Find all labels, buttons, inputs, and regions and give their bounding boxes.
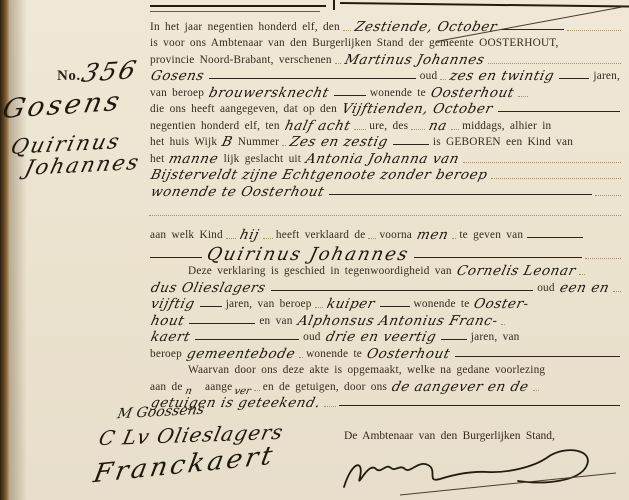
printed-text: heeft verklaard de <box>276 228 366 242</box>
handwritten-text: half acht <box>283 119 352 133</box>
dotted-leader <box>411 129 425 130</box>
form-line-closing-1: Waarvan door ons deze akte is opgemaakt,… <box>148 361 622 378</box>
printed-text: aange <box>205 380 232 394</box>
printed-text: wonende te <box>414 297 470 311</box>
book-binding-edge <box>0 0 9 500</box>
ink-fill-line <box>150 257 202 258</box>
ink-fill-line <box>527 237 583 238</box>
form-line-witness1-name-age: dus Olieslagersoudeen en <box>148 278 622 295</box>
handwritten-text: hout <box>149 314 186 328</box>
printed-text: oud <box>537 281 555 295</box>
form-line-witness2-name: houten vanAlphonsus Antonius Franc- <box>148 311 622 328</box>
handwritten-text: Cornelis Leonar <box>455 264 577 278</box>
ink-fill-line <box>271 290 534 291</box>
printed-text: Waarvan door ons deze akte is opgemaakt,… <box>188 363 545 377</box>
form-line-blank <box>148 199 622 219</box>
printed-text: van beroep <box>150 86 204 100</box>
ink-fill-line <box>334 95 366 96</box>
ink-fill-line <box>455 356 620 357</box>
top-rule-left <box>150 5 326 7</box>
form-line-mother-residence: wonende te Oosterhout <box>148 182 622 199</box>
dotted-leader <box>299 357 303 358</box>
official-signature-flourish <box>338 447 624 500</box>
printed-text: het huis Wijk <box>150 135 217 149</box>
printed-text: ure, des <box>369 119 408 133</box>
printed-text: oud <box>420 69 438 83</box>
dotted-leader <box>452 238 456 239</box>
handwritten-text: Oosterhout <box>365 347 451 361</box>
handwritten-text: vijftig <box>149 297 196 311</box>
ink-fill-line <box>339 405 620 406</box>
printed-text: is GEBOREN een Kind van <box>433 135 573 149</box>
handwritten-text: hij <box>238 228 260 242</box>
handwritten-text: brouwersknecht <box>207 86 330 100</box>
handwritten-text: wonende te Oosterhout <box>149 185 325 199</box>
printed-text: Nummer <box>238 135 279 149</box>
binding-shadow <box>9 0 27 500</box>
dotted-leader <box>440 79 446 80</box>
handwritten-text: Bijsterveldt zijne Echtgenoote zonder be… <box>149 168 489 182</box>
dotted-leader <box>324 406 336 407</box>
dotted-leader <box>451 129 459 130</box>
no-label: No. <box>57 68 81 84</box>
printed-text: jaren, <box>593 69 620 83</box>
printed-text: Deze verklaring is geschied in tegenwoor… <box>188 264 452 278</box>
dotted-leader <box>579 274 585 275</box>
handwritten-text: gemeentebode <box>185 347 296 361</box>
printed-text: negentien honderd elf, ten <box>150 119 280 133</box>
act-number: 356 <box>78 55 140 88</box>
dotted-leader <box>613 291 621 292</box>
printed-text: jaren, van <box>471 330 520 344</box>
ink-fill-line <box>195 339 299 340</box>
signature-flourish-drawing <box>338 447 624 499</box>
dotted-leader <box>282 145 286 146</box>
ink-fill-line <box>441 339 467 340</box>
dotted-leader <box>491 178 621 179</box>
form-line-province-declarant: provincie Noord-Brabant, verschenenMarti… <box>148 50 622 67</box>
dotted-leader <box>343 30 351 31</box>
dotted-leader <box>501 324 505 325</box>
top-rule-right <box>340 2 629 8</box>
dotted-leader <box>254 390 260 391</box>
ink-fill-line <box>393 144 429 145</box>
handwritten-text: Oosterhout <box>429 86 515 100</box>
scanned-birth-certificate: { "colors": { "paper": "#ece3cf", "print… <box>0 0 629 500</box>
dotted-leader <box>226 238 236 239</box>
top-rule-thin <box>150 11 320 12</box>
form-line-child-names: Quirinus Johannes <box>148 242 622 262</box>
dotted-leader <box>533 390 539 391</box>
handwritten-text: Quirinus Johannes <box>205 248 410 262</box>
form-line-occupation-residence: van beroepbrouwersknechtwonende teOoster… <box>148 83 622 100</box>
dotted-leader <box>567 30 621 31</box>
handwritten-text: Ooster- <box>473 297 531 311</box>
form-line-witness2-occupation: beroepgemeentebodewonende teOosterhout <box>148 344 622 361</box>
ink-fill-line <box>209 78 416 79</box>
handwritten-text: Gosens <box>149 69 205 83</box>
handwritten-text: Martinus Johannes <box>343 53 486 67</box>
dotted-leader <box>585 258 621 259</box>
margin-given-name-2: Johannes <box>22 150 143 180</box>
printed-text: en van <box>259 314 292 328</box>
form-line-house-number: het huis WijkBNummerZes en zestigis GEBO… <box>148 133 622 150</box>
dotted-leader <box>488 63 621 64</box>
dotted-leader <box>315 307 323 308</box>
handwritten-text: Zes en zestig <box>288 135 389 149</box>
printed-text: In het jaar negentien honderd elf, den <box>150 20 340 34</box>
dotted-leader <box>368 238 376 239</box>
ink-fill-line <box>200 306 222 307</box>
ink-fill-line <box>329 194 592 195</box>
handwritten-text: manne <box>168 152 220 166</box>
printed-text: te geven van <box>459 228 523 242</box>
printed-text: voorna <box>379 228 412 242</box>
dotted-leader <box>463 162 621 163</box>
ink-fill-line <box>498 111 620 112</box>
form-line-closing-2: aan denaangeveren de getuigen, door onsd… <box>148 377 622 394</box>
printed-text: jaren, van beroep <box>226 297 312 311</box>
handwritten-text: men <box>415 228 450 242</box>
printed-text: lijk geslacht uit <box>224 152 301 166</box>
handwritten-text: kuiper <box>325 297 376 311</box>
form-line-witness1-occupation: vijftigjaren, van beroepkuiperwonende te… <box>148 295 622 312</box>
printed-text: beroep <box>150 347 182 361</box>
dotted-leader <box>149 215 621 216</box>
form-line-declarant-surname-age: Gosensoudzes en twintigjaren, <box>148 67 622 84</box>
form-line-mother-surname: Bijsterveldt zijne Echtgenoote zonder be… <box>148 166 622 183</box>
printed-text: middags, alhier in <box>462 119 551 133</box>
handwritten-text: B <box>221 135 235 149</box>
form-line-birth-time: negentien honderd elf, tenhalf achture, … <box>148 116 622 133</box>
printed-text: die ons heeft aangegeven, dat op den <box>150 102 337 116</box>
form-line-registrar-municipality: is voor ons Ambtenaar van den Burgerlijk… <box>148 34 622 51</box>
form-line-witness2-age: kaertouddrie en veertigjaren, van <box>148 328 622 345</box>
printed-text: provincie Noord-Brabant, verschenen <box>150 53 332 67</box>
printed-text: aan welk Kind <box>150 228 223 242</box>
form-line-closing-3: getuigen is geteekend. <box>148 394 622 411</box>
dotted-leader <box>263 238 273 239</box>
handwritten-text: Alphonsus Antonius Franc- <box>296 314 499 328</box>
printed-text: wonende te <box>370 86 426 100</box>
form-line-sex-mother: hetmannelijk geslacht uitAntonia Johanna… <box>148 149 622 166</box>
handwritten-text: Vijftienden, October <box>340 102 494 116</box>
handwritten-text: Zestiende, October <box>353 20 498 34</box>
printed-text: oud <box>303 330 321 344</box>
form-line-names-given-intro: aan welk Kindhijheeft verklaard devoorna… <box>148 225 622 242</box>
ink-fill-line <box>189 323 255 324</box>
form-body: In het jaar negentien honderd elf, denZe… <box>148 17 622 410</box>
ink-fill-line <box>380 306 410 307</box>
dotted-leader <box>335 63 341 64</box>
handwritten-text: zes en twintig <box>449 69 556 83</box>
dotted-leader <box>595 195 621 196</box>
handwritten-text: een en <box>558 281 610 295</box>
official-title-label: De Ambtenaar van den Burgerlijken Stand, <box>344 430 555 442</box>
act-number-block: No.356 <box>57 57 136 86</box>
handwritten-text: dus Olieslagers <box>149 281 267 295</box>
handwritten-text: na <box>428 119 449 133</box>
handwritten-text: kaert <box>149 330 191 344</box>
handwritten-text: de aangever en de <box>390 380 530 394</box>
printed-text: het <box>150 152 164 166</box>
printed-text: wonende te <box>306 347 362 361</box>
form-line-date-of-act: In het jaar negentien honderd elf, denZe… <box>148 17 622 34</box>
form-line-birth-date: die ons heeft aangegeven, dat op denVijf… <box>148 100 622 117</box>
top-rule-divider-tick <box>333 0 335 10</box>
handwritten-text: drie en veertig <box>324 330 437 344</box>
ink-fill-line <box>414 257 582 258</box>
printed-text: is voor ons Ambtenaar van den Burgerlijk… <box>150 36 559 50</box>
printed-text: aan de <box>150 380 183 394</box>
signature-declarant: M Goossens <box>116 402 206 422</box>
handwritten-text: Antonia Johanna van <box>304 152 460 166</box>
dotted-leader <box>518 96 528 97</box>
printed-text: en de getuigen, door ons <box>263 380 387 394</box>
dotted-leader <box>354 129 366 130</box>
ink-fill-line <box>559 78 589 79</box>
ink-fill-line <box>502 29 564 30</box>
